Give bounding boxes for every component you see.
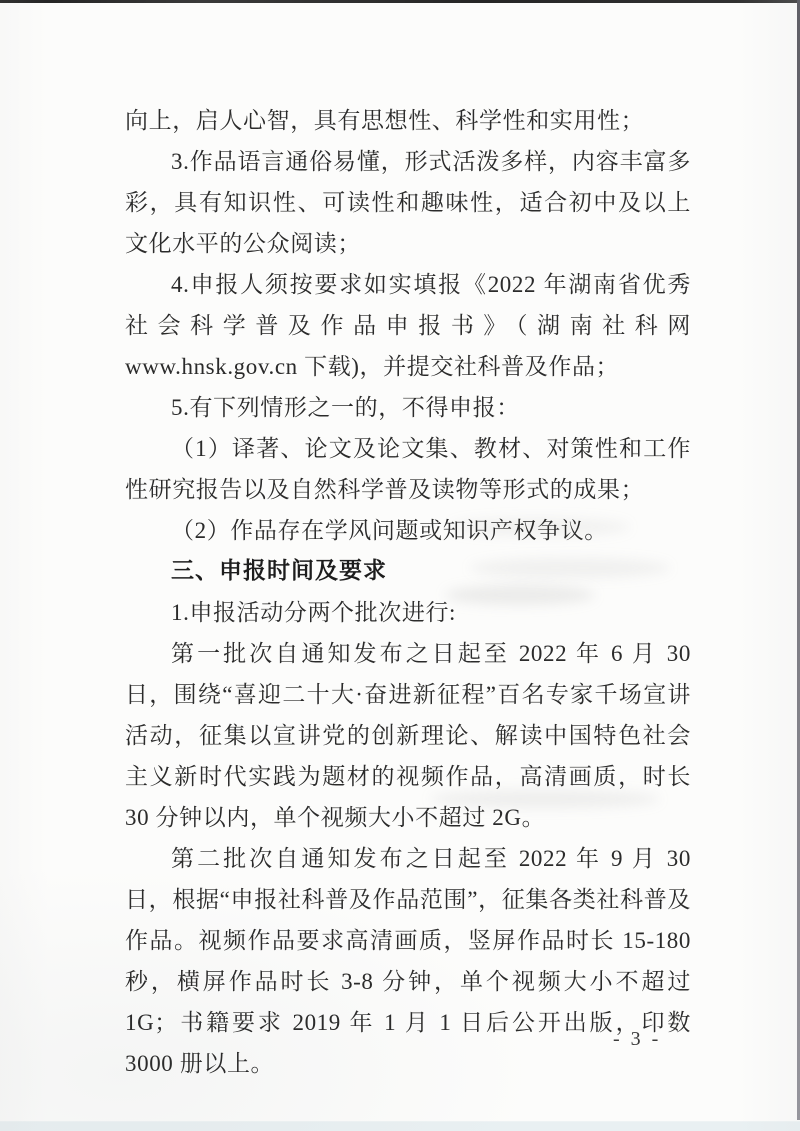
- paragraph-item-3: 3.作品语言通俗易懂，形式活泼多样，内容丰富多彩，具有知识性、可读性和趣味性，适…: [125, 141, 691, 264]
- paragraph-item-5: 5.有下列情形之一的，不得申报：: [125, 387, 691, 428]
- paragraph-item-5-sub-2: （2）作品存在学风问题或知识产权争议。: [125, 510, 691, 551]
- paragraph-section3-item-1: 1.申报活动分两个批次进行:: [125, 592, 691, 633]
- scan-band-bottom: [0, 1121, 800, 1131]
- paragraph-continuation: 向上，启人心智，具有思想性、科学性和实用性；: [125, 100, 691, 141]
- paragraph-second-batch: 第二批次自通知发布之日起至 2022 年 9 月 30 日，根据“申报社科普及作…: [125, 838, 691, 1084]
- scanned-document-page: 向上，启人心智，具有思想性、科学性和实用性； 3.作品语言通俗易懂，形式活泼多样…: [0, 0, 800, 1131]
- document-body: 向上，启人心智，具有思想性、科学性和实用性； 3.作品语言通俗易懂，形式活泼多样…: [125, 100, 691, 1084]
- paragraph-first-batch: 第一批次自通知发布之日起至 2022 年 6 月 30 日，围绕“喜迎二十大·奋…: [125, 633, 691, 838]
- paragraph-item-5-sub-1: （1）译著、论文及论文集、教材、对策性和工作性研究报告以及自然科学普及读物等形式…: [125, 428, 691, 510]
- scan-edge-top: [0, 0, 800, 3]
- paragraph-item-4: 4.申报人须按要求如实填报《2022 年湖南省优秀社会科学普及作品申报书》（湖南…: [125, 264, 691, 387]
- page-number: - 3 -: [613, 1028, 661, 1051]
- section-heading: 三、申报时间及要求: [125, 551, 691, 592]
